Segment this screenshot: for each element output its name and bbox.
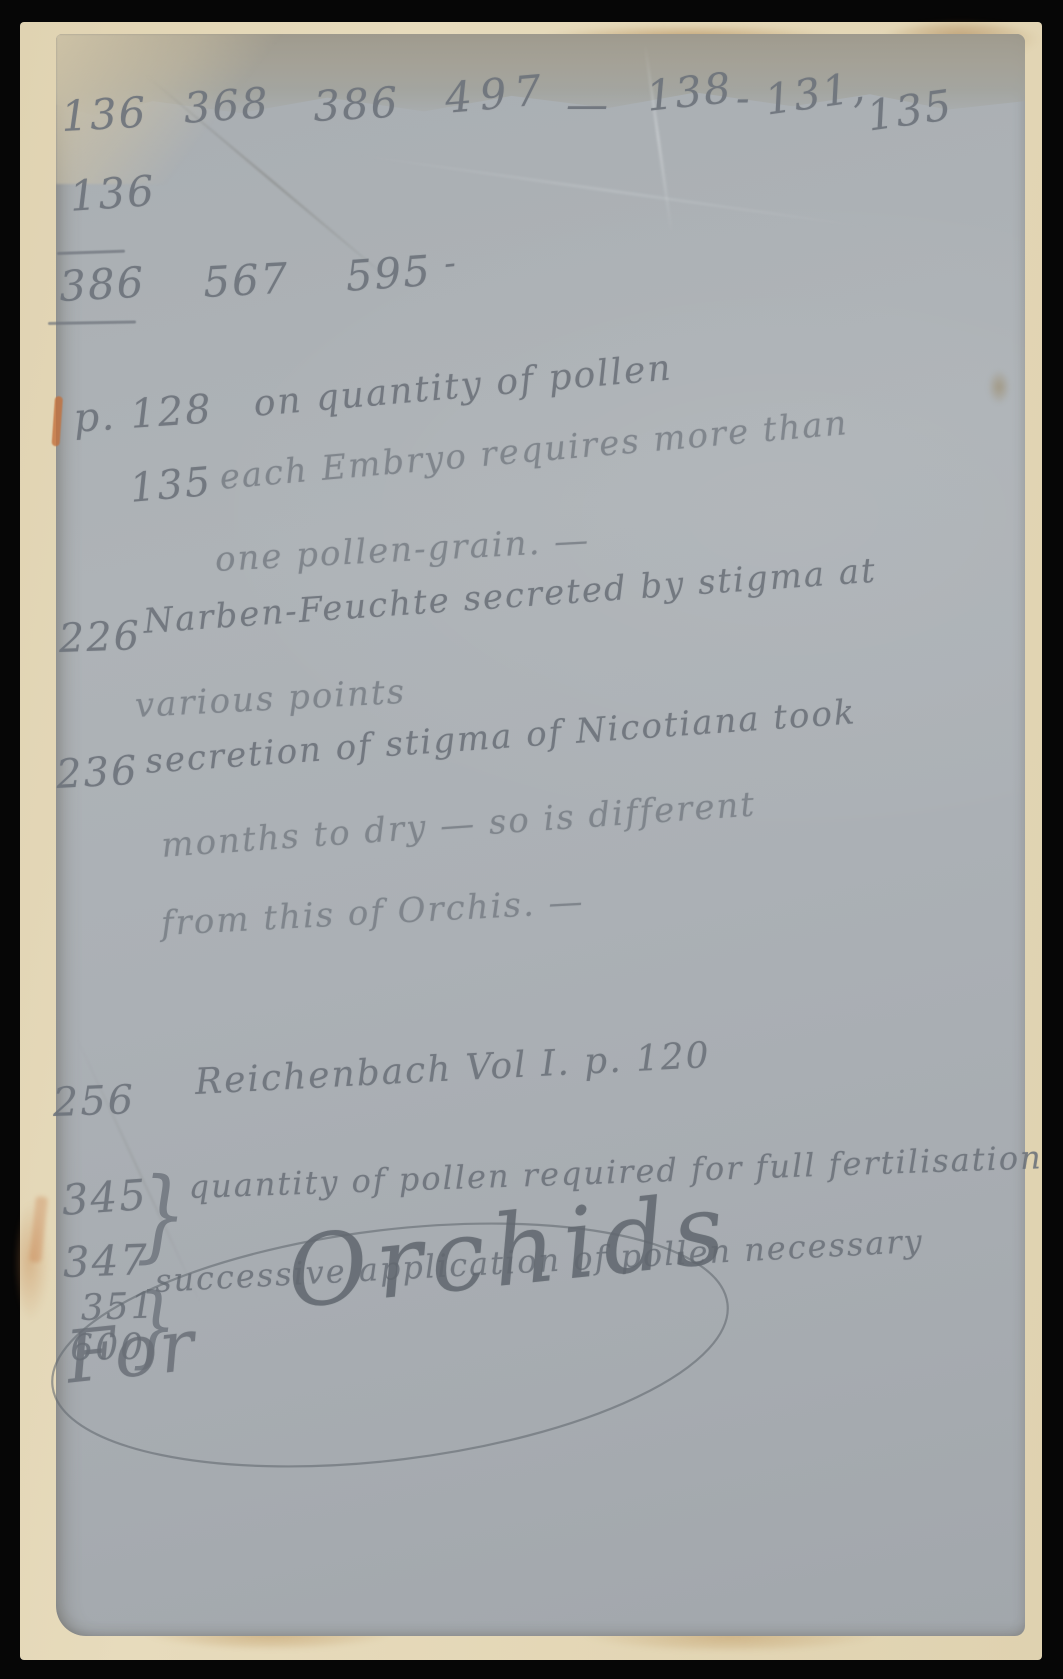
index-number: 136 (68, 166, 157, 221)
foxing-spot-right (988, 370, 1010, 404)
entry-number: 226 (58, 613, 142, 662)
index-dash: — (566, 80, 610, 129)
index-number: 567 (202, 253, 291, 306)
index-number: 595 (344, 246, 433, 301)
crease-mid (356, 154, 871, 228)
index-number: 136 (60, 87, 149, 140)
entry-number: p. 128 (72, 386, 214, 442)
index-number: 138 (644, 63, 735, 121)
index-number: 497 (443, 65, 551, 123)
entry-number: 236 (55, 748, 140, 798)
index-number: 386 (58, 257, 147, 310)
index-number: 368 (182, 78, 271, 133)
index-dash: - (736, 76, 752, 122)
index-number: 386 (312, 77, 401, 130)
entry-number: 135 (128, 459, 214, 512)
corner-word: For (62, 1302, 200, 1399)
manuscript-scan: 136 368 386 497 — 138 - 131, 135 136 386… (0, 0, 1063, 1679)
entry-number: 256 (52, 1077, 136, 1126)
